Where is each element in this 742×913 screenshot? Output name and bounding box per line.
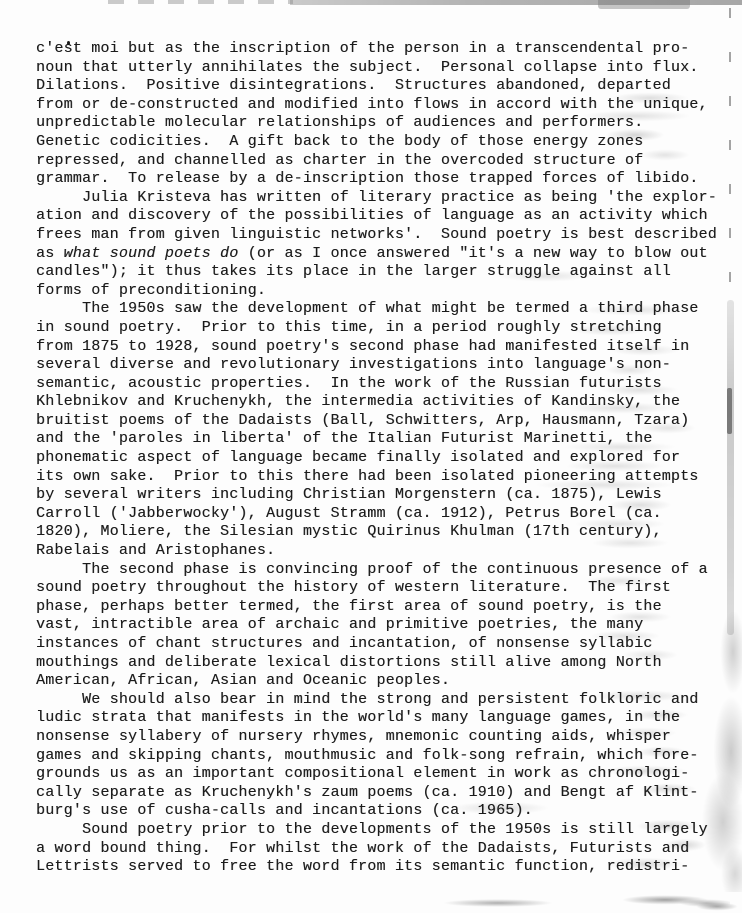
paragraph-third-phase: The 1950s saw the development of what mi… xyxy=(36,300,736,560)
scan-noise-top-edge-light xyxy=(108,0,293,4)
italic-phrase-what-sound-poets-do: what sound poets do xyxy=(64,245,239,262)
scanned-document-page: c'est moi but as the inscription of the … xyxy=(0,0,742,913)
paragraph-folkloric-strata: We should also bear in mind the strong a… xyxy=(36,691,736,821)
scan-smudge-bottom-right xyxy=(693,901,741,911)
paragraph-transcendental-pronoun: c'est moi but as the inscription of the … xyxy=(36,40,736,189)
typewritten-text-body: c'est moi but as the inscription of the … xyxy=(36,40,736,877)
paragraph-word-bound: Sound poetry prior to the developments o… xyxy=(36,821,736,877)
paragraph-second-phase: The second phase is convincing proof of … xyxy=(36,561,736,691)
scan-noise-top-edge-dense xyxy=(290,0,742,5)
scan-noise-top-right-block xyxy=(598,0,690,9)
scan-smudge-bottom-mid xyxy=(612,894,730,907)
paragraph-kristeva: Julia Kristeva has written of literary p… xyxy=(36,189,736,301)
scan-smudge-bottom-left xyxy=(428,898,568,908)
